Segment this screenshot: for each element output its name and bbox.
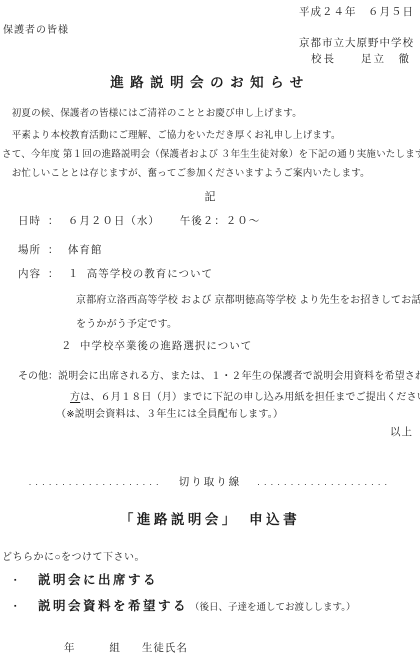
datetime-value: ６月２０日（水） bbox=[68, 215, 160, 227]
content-item1-desc-line-1: 京都府立洛西高等学校 および 京都明徳高等学校 より先生をお招きしてお話 bbox=[76, 291, 420, 306]
other-line-1: 説明会に出席される方、または、１・２年生の保護者で説明会用資料を希望される bbox=[58, 367, 420, 382]
field-year-label: 年 bbox=[64, 642, 76, 654]
record-mark: 記 bbox=[0, 188, 420, 204]
form-instruction: どちらかに○をつけて下さい。 bbox=[2, 548, 145, 563]
cut-line-label: 切り取り線 bbox=[179, 474, 242, 489]
body-line-2: 平素より本校教育活動にご理解、ご協力をいただき厚くお礼申し上げます。 bbox=[2, 127, 341, 141]
cut-dots-right: .................... bbox=[257, 477, 391, 487]
other-line-2-underlined: 方 bbox=[70, 392, 80, 403]
notice-document: 平成２４年 ６月５日 保護者の皆様 京都市立大原野中学校 校長 足立 徹 進路説… bbox=[0, 0, 420, 658]
place-value: 体育館 bbox=[68, 244, 103, 256]
field-student-name-label: 生徒氏名 bbox=[142, 642, 188, 654]
recipient-line: 保護者の皆様 bbox=[3, 21, 69, 36]
datetime-label: 日時 bbox=[18, 213, 44, 228]
bullet-icon: ▪ bbox=[14, 577, 38, 584]
other-line-2: 方は、６月１８日（月）までに下記の申し込み用紙を担任までご提出ください。 bbox=[70, 388, 420, 403]
notice-title: 進路説明会のお知らせ bbox=[0, 71, 420, 91]
form-title: 「進路説明会」 申込書 bbox=[0, 508, 420, 528]
body-line-4: お忙しいこととは存じますが、奮ってご参加くださいますようご案内いたします。 bbox=[2, 165, 370, 179]
datetime-time: 午後２：２０～ bbox=[180, 215, 261, 227]
cut-line: .................... 切り取り線 .............… bbox=[0, 474, 420, 489]
closing-ijou: 以上 bbox=[390, 424, 413, 439]
option-attend: ▪説明会に出席する bbox=[14, 570, 158, 589]
cut-dots-left: .................... bbox=[29, 477, 163, 487]
document-date: 平成２４年 ６月５日 bbox=[299, 4, 414, 19]
place-row: 場所 ： 体育館 bbox=[18, 242, 102, 257]
other-line-2-rest: は、６月１８日（月）までに下記の申し込み用紙を担任までご提出ください。 bbox=[80, 392, 420, 403]
option-materials: ▪説明会資料を希望する（後日、子達を通してお渡しします。） bbox=[14, 596, 356, 615]
place-label: 場所 bbox=[18, 242, 44, 257]
content-colon: ： bbox=[48, 266, 64, 281]
option-attend-label: 説明会に出席する bbox=[38, 573, 158, 587]
datetime-colon: ： bbox=[48, 213, 64, 228]
content-item2-text: 中学校卒業後の進路選択について bbox=[80, 340, 252, 352]
other-label: その他： bbox=[18, 367, 58, 382]
content-item1-desc-line-2: をうかがう予定です。 bbox=[76, 315, 177, 330]
other-line-3: （※説明会資料は、３年生には全員配布します。） bbox=[56, 405, 283, 420]
place-colon: ： bbox=[48, 242, 64, 257]
body-line-3: さて、今年度 第１回の進路説明会（保護者および ３年生生徒対象）を下記の通り実施… bbox=[2, 146, 420, 160]
school-name: 京都市立大原野中学校 bbox=[299, 35, 414, 50]
content-row: 内容 ： １ 高等学校の教育について bbox=[18, 266, 213, 281]
body-line-1: 初夏の候、保護者の皆様にはご清祥のこととお慶び申し上げます。 bbox=[2, 105, 302, 119]
content-item1-text: 高等学校の教育について bbox=[87, 268, 213, 280]
bullet-icon: ▪ bbox=[14, 603, 38, 610]
principal-name: 校長 足立 徹 bbox=[311, 51, 411, 66]
content-item1-number: １ bbox=[68, 266, 83, 281]
option-materials-label: 説明会資料を希望する bbox=[38, 599, 188, 613]
content-item2-row: ２ 中学校卒業後の進路選択について bbox=[61, 338, 252, 353]
content-item2-number: ２ bbox=[61, 338, 76, 353]
field-class-label: 組 bbox=[109, 642, 121, 654]
datetime-row: 日時 ： ６月２０日（水） 午後２：２０～ bbox=[18, 213, 260, 228]
student-fields-row: 年 組 生徒氏名 bbox=[64, 640, 188, 655]
option-materials-note: （後日、子達を通してお渡しします。） bbox=[190, 602, 356, 613]
content-label: 内容 bbox=[18, 266, 44, 281]
